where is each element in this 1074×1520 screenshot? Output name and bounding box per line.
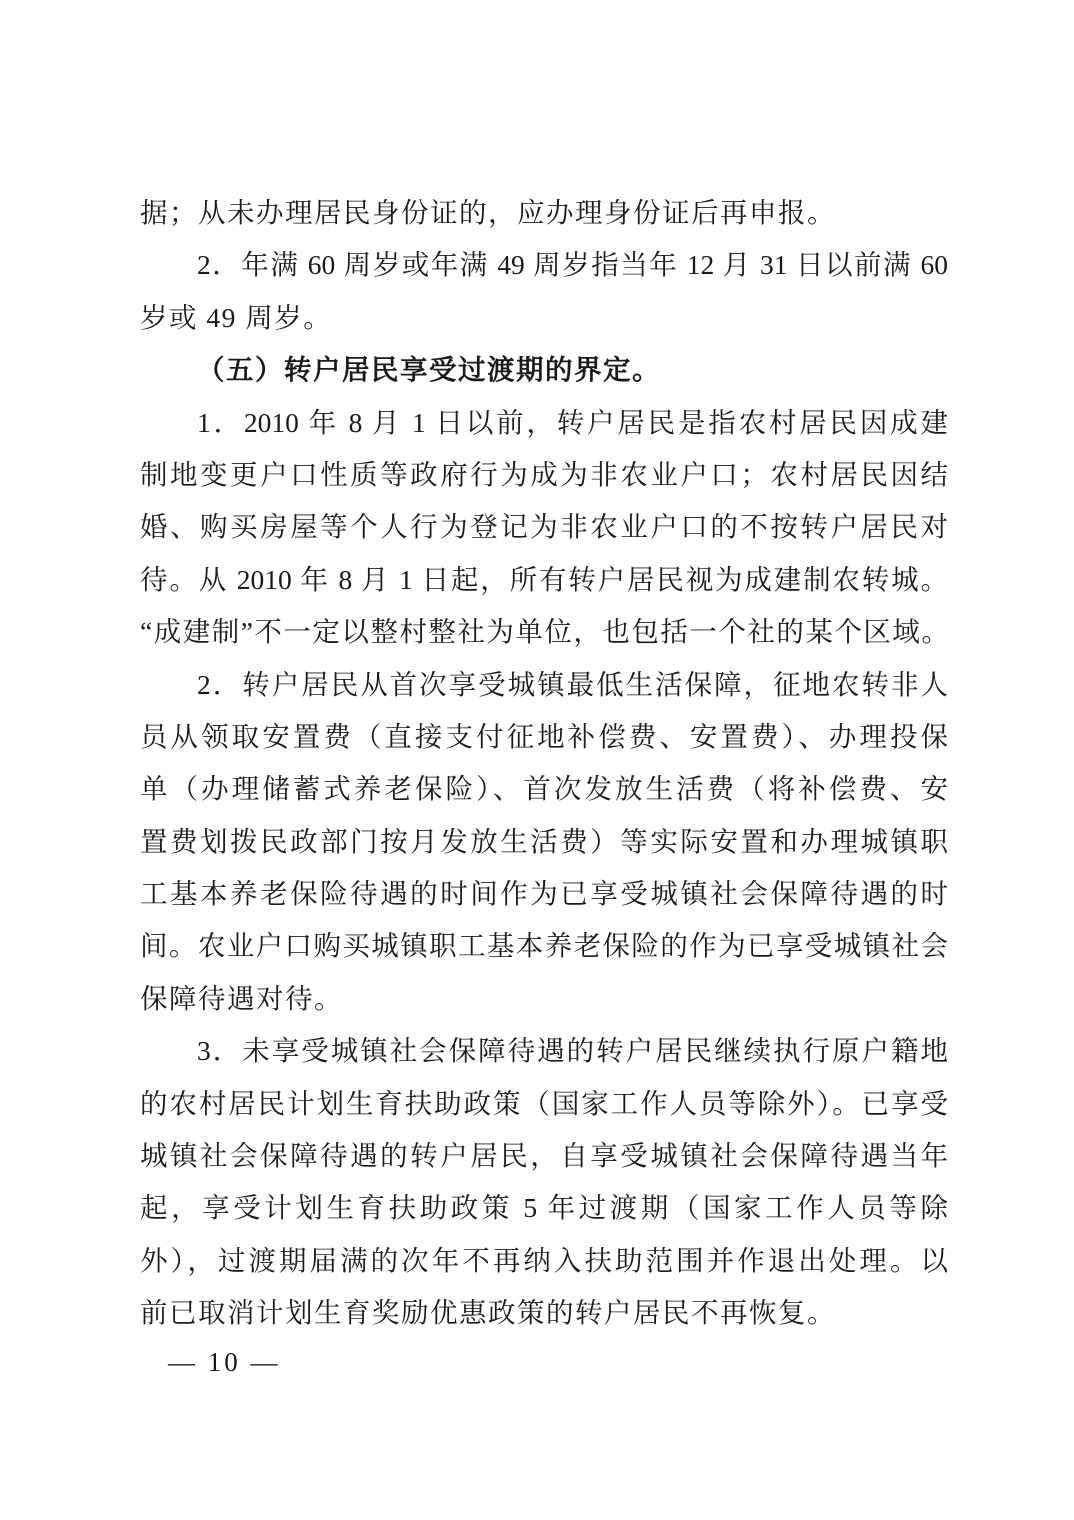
body-text-line: 的农村居民计划生育扶助政策（国家工作人员等除外）。已享受 — [140, 1078, 948, 1130]
document-page: 据；从未办理居民身份证的，应办理身份证后再申报。2．年满 60 周岁或年满 49… — [0, 0, 1074, 1520]
body-text-line: 起，享受计划生育扶助政策 5 年过渡期（国家工作人员等除 — [140, 1182, 948, 1234]
body-text-line: 3．未享受城镇社会保障待遇的转户居民继续执行原户籍地 — [140, 1025, 948, 1077]
document-body: 据；从未办理居民身份证的，应办理身份证后再申报。2．年满 60 周岁或年满 49… — [140, 187, 948, 1340]
body-text-line: 婚、购买房屋等个人行为登记为非农业户口的不按转户居民对 — [140, 501, 948, 553]
body-text-line: 城镇社会保障待遇的转户居民，自享受城镇社会保障待遇当年 — [140, 1130, 948, 1182]
body-text-line: 前已取消计划生育奖励优惠政策的转户居民不再恢复。 — [140, 1287, 948, 1339]
page-number: — 10 — — [168, 1347, 281, 1377]
body-text-line: 岁或 49 周岁。 — [140, 292, 948, 344]
body-text-line: 工基本养老保险待遇的时间作为已享受城镇社会保障待遇的时 — [140, 868, 948, 920]
body-text-line: 置费划拨民政部门按月发放生活费）等实际安置和办理城镇职 — [140, 816, 948, 868]
page-footer: — 10 — — [168, 1344, 281, 1380]
body-text-line: 保障待遇对待。 — [140, 973, 948, 1025]
body-text-line: 2．转户居民从首次享受城镇最低生活保障，征地农转非人 — [140, 659, 948, 711]
body-text-line: 单（办理储蓄式养老保险）、首次发放生活费（将补偿费、安 — [140, 763, 948, 815]
body-text-line: 据；从未办理居民身份证的，应办理身份证后再申报。 — [140, 187, 948, 239]
body-text-line: 员从领取安置费（直接支付征地补偿费、安置费）、办理投保 — [140, 711, 948, 763]
body-text-line: 间。农业户口购买城镇职工基本养老保险的作为已享受城镇社会 — [140, 920, 948, 972]
body-text-line: 待。从 2010 年 8 月 1 日起，所有转户居民视为成建制农转城。 — [140, 554, 948, 606]
body-text-line: “成建制”不一定以整村整社为单位，也包括一个社的某个区域。 — [140, 606, 948, 658]
body-text-line: 1．2010 年 8 月 1 日以前，转户居民是指农村居民因成建 — [140, 397, 948, 449]
body-text-line: 外），过渡期届满的次年不再纳入扶助范围并作退出处理。以 — [140, 1235, 948, 1287]
body-text-line: 制地变更户口性质等政府行为成为非农业户口；农村居民因结 — [140, 449, 948, 501]
body-text-line: 2．年满 60 周岁或年满 49 周岁指当年 12 月 31 日以前满 60 — [140, 239, 948, 291]
section-heading-line: （五）转户居民享受过渡期的界定。 — [140, 344, 948, 396]
